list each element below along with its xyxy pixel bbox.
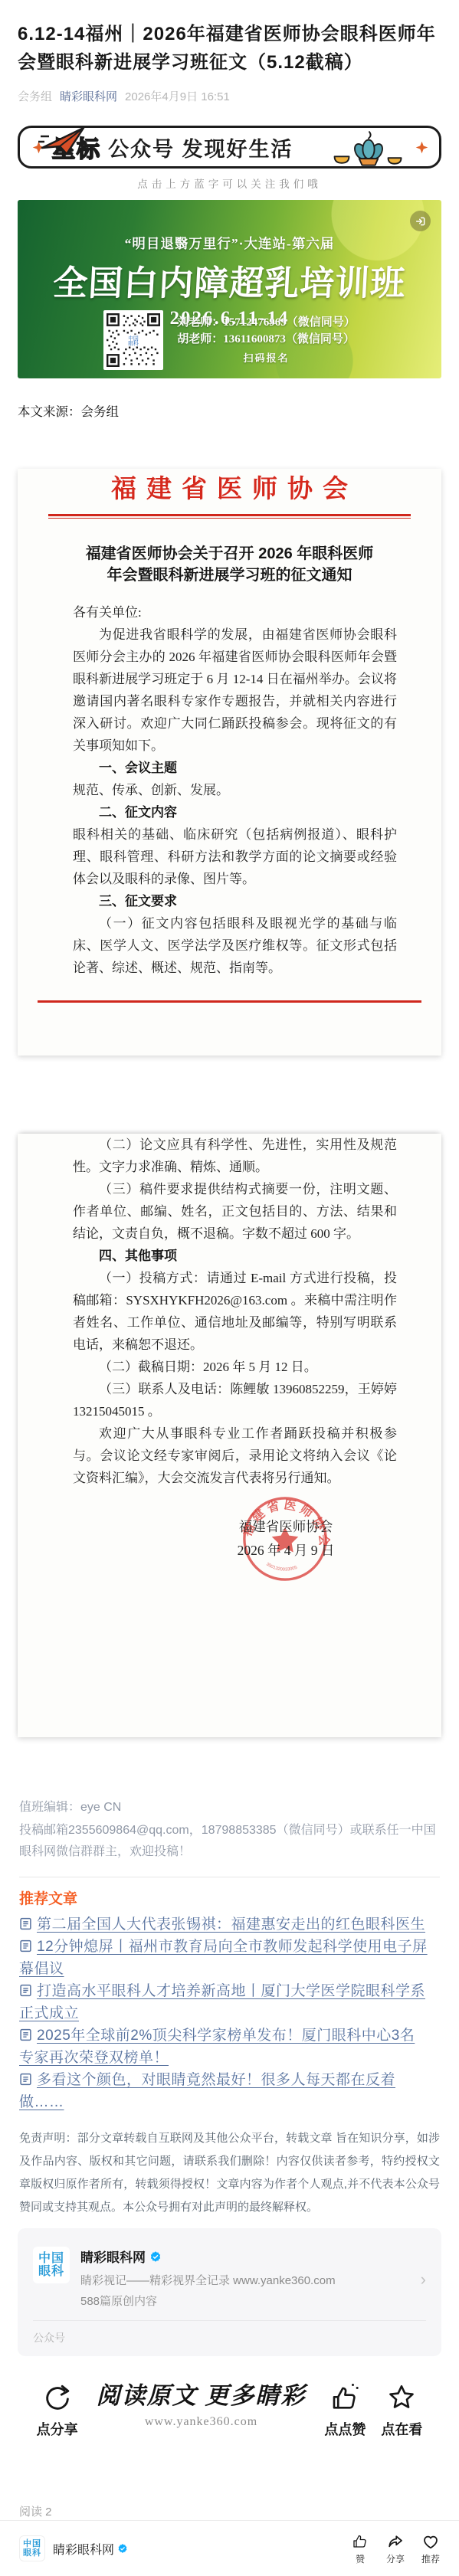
signature-org: 福建省医师协会 [171,1515,401,1539]
article-title: 6.12-14福州｜2026年福建省医师协会眼科医师年会暨眼科新进展学习班征文（… [18,20,441,77]
share-loop-icon [41,2382,74,2414]
course-ad-banner[interactable]: “明目退翳万里行”·大连站-第六届 全国白内障超乳培训班 2026.6.11-1… [18,200,441,378]
notice-heading-3: 三、征文要求 [73,890,397,912]
recommend-heading: 推荐文章 [19,1887,440,1908]
notice-paragraph: （一）投稿方式：请通过 E-mail 方式进行投稿，投稿邮箱：SYSXHYKFH… [73,1267,397,1356]
qr-center-text: 中国 [128,335,139,342]
recommended-article-link[interactable]: 2025年全球前2%顶尖科学家榜单发布！厦门眼科中心3名专家再次荣登双榜单！ [19,2028,415,2066]
read-count: 阅读 2 [19,2503,440,2519]
follow-banner-headline: 公众号 发现好生活 [108,133,293,162]
notice-paragraph: 眼科相关的基础、临床研究（包括病例报道）、眼科护理、眼科管理、科研方法和教学方面… [73,823,397,890]
course-contact-row: 中国 眼科 刘老师：15712476969（微信同号） 胡老师：13611600… [18,310,441,370]
like-cta[interactable]: 点点赞 [324,2376,366,2439]
footer-account-name-text: 睛彩眼科网 [53,2540,114,2558]
seal-serial: 3501320033005 [265,1562,298,1572]
contact-line-1: 刘老师：15712476969（微信同号） [177,314,356,331]
share-arrow-icon [386,2532,405,2551]
lotus-tea-icon [329,126,408,168]
list-item: 2025年全球前2%顶尖科学家榜单发布！厦门眼科中心3名专家再次荣登双榜单！ [19,2024,429,2069]
notice-heading-2: 二、征文内容 [73,801,397,823]
editor-on-duty: 值班编辑：eye CN [19,1797,440,1815]
signature-block: 福建省医师协会 3501320033005 福建省医师协会 2026 年 4 月… [18,1494,441,1616]
footer-account-name[interactable]: 睛彩眼科网 [53,2540,128,2558]
notice-body-1: 各有关单位: 为促进我省眼科学的发展，由福建省医师协会眼科医师分会主办的 202… [73,601,397,979]
calligraphy-text: 阅读原文 更多睛彩 [97,2376,307,2411]
recommend-button-label: 推荐 [421,2552,440,2565]
share-cta-label: 点分享 [37,2419,78,2439]
svg-text:3501320033005: 3501320033005 [265,1562,298,1572]
submission-info: 投稿邮箱2355609864@qq.com，18798853385（微信同号）或… [19,1820,440,1863]
recommended-article-link[interactable]: 第二届全国人大代表张锡祺：福建惠安走出的红色眼科医生 [37,1916,425,1933]
logo-text-line1: 中国 [38,2252,64,2265]
notice-paragraph: 规范、传承、创新、发展。 [73,779,397,801]
letterhead-rule [48,514,411,519]
list-item: 第二届全国人大代表张锡祺：福建惠安走出的红色眼科医生 [19,1913,429,1936]
notice-paragraph: （二）截稿日期：2026 年 5 月 12 日。 [73,1356,397,1378]
disclaimer-text: 免责声明：部分文章转载自互联网及其他公众平台，转载文章 旨在知识分享，如涉及作品… [19,2127,440,2219]
share-button[interactable]: 分享 [386,2532,405,2565]
contact-line-2: 胡老师：13611600873（微信同号） [177,331,356,348]
salutation: 各有关单位: [73,601,397,624]
thumb-up-icon [351,2532,369,2551]
article-doc-icon [19,2073,32,2086]
publish-datetime: 2026年4月9日 16:51 [125,88,230,104]
notice-intro: 为促进我省眼科学的发展，由福建省医师协会眼科医师分会主办的 2026 年福建省医… [73,624,397,757]
article-doc-icon [19,1939,32,1952]
list-item: 多看这个颜色，对眼睛竟然最好！很多人每天都在反着做…… [19,2069,429,2113]
author-label: 会务组 [18,88,52,104]
account-type-label: 公众号 [33,2321,426,2356]
star-icon [385,2382,418,2414]
notice-paragraph: （一）征文内容包括眼科及眼视光学的基础与临床、医学人文、医学法学及医疗维权等。征… [73,912,397,979]
course-title: 全国白内障超乳培训班 [18,255,441,305]
verified-badge-icon [149,2250,162,2263]
notice-body-2: （二）论文应具有科学性、先进性，实用性及规范性。文字力求准确、精炼、通顺。 （三… [73,1134,397,1489]
jump-link-icon[interactable] [410,211,431,231]
logo-text-line1: 中国 [23,2539,41,2548]
like-button[interactable]: 赞 [351,2532,369,2565]
qr-center-text: 眼科 [128,340,139,347]
notice-scan-page-1: 福建省医师协会 福建省医师协会关于召开 2026 年眼科医师 年会暨眼科新进展学… [18,469,441,1056]
list-item: 12分钟熄屏丨福州市教育局向全市教师发起科学使用电子屏幕倡议 [19,1936,429,1980]
website-url: www.yanke360.com [97,2415,307,2429]
recommend-list: 第二届全国人大代表张锡祺：福建惠安走出的红色眼科医生 12分钟熄屏丨福州市教育局… [19,1913,440,2113]
notice-heading-1: 一、会议主题 [73,757,397,779]
course-tagline: “明目退翳万里行”·大连站-第六届 [18,200,441,253]
paper-plane-icon [38,124,88,158]
notice-scan-page-2: （二）论文应具有科学性、先进性，实用性及规范性。文字力求准确、精炼、通顺。 （三… [18,1134,441,1737]
list-item: 打造高水平眼科人才培养新高地丨厦门大学医学院眼科学系正式成立 [19,1980,429,2024]
account-description: 睛彩视记——精彩视界全记录 www.yanke360.com [80,2272,336,2288]
notice-title-line1: 福建省医师协会关于召开 2026 年眼科医师 [48,543,411,565]
article-doc-icon [19,1917,32,1930]
recommended-article-link[interactable]: 多看这个颜色，对眼睛竟然最好！很多人每天都在反着做…… [19,2072,395,2110]
notice-heading-4: 四、其他事项 [73,1245,397,1267]
share-cta[interactable]: 点分享 [37,2376,78,2439]
account-card[interactable]: 中国 眼科 睛彩眼科网 睛彩视记——精彩视界全记录 www.yanke360.c… [18,2228,441,2356]
like-cta-label: 点点赞 [324,2419,366,2439]
account-name-link[interactable]: 睛彩眼科网 [60,88,117,104]
notice-paragraph: （三）联系人及电话：陈鲤敏 13960852259，王婷婷 1321504501… [73,1378,397,1422]
notice-paragraph: （三）稿件要求提供结构式摘要一份，注明文题、作者单位、邮编、姓名，正文包括目的、… [73,1178,397,1245]
notice-title-line2: 年会暨眼科新进展学习班的征文通知 [48,565,411,586]
recommend-button[interactable]: 推荐 [421,2532,440,2565]
wow-cta-label: 点在看 [381,2419,422,2439]
wow-cta[interactable]: 点在看 [381,2376,422,2439]
logo-text-line2: 眼科 [23,2548,41,2558]
signature-date: 2026 年 4 月 9 日 [171,1539,401,1563]
recommended-article-link[interactable]: 打造高水平眼科人才培养新高地丨厦门大学医学院眼科学系正式成立 [19,1983,425,2021]
course-contacts: 刘老师：15712476969（微信同号） 胡老师：13611600873（微信… [177,314,356,367]
section-divider [19,1877,440,1877]
verified-badge-icon [117,2543,128,2554]
qr-caption: 扫码报名 [177,350,356,367]
source-line: 本文来源：会务组 [18,401,441,420]
chevron-right-icon[interactable]: › [415,2271,426,2288]
page-footer-rule [38,1000,421,1003]
share-button-label: 分享 [386,2552,405,2565]
notice-title: 福建省医师协会关于召开 2026 年眼科医师 年会暨眼科新进展学习班的征文通知 [48,543,411,586]
bottom-action-bar: 中国 眼科 睛彩眼科网 赞 分享 [0,2520,459,2576]
account-card-name: 睛彩眼科网 [80,2247,146,2266]
account-original-count: 588篇原创内容 [80,2293,426,2309]
cta-banner: 点分享 阅读原文 更多睛彩 www.yanke360.com 点点赞 点在看 [18,2376,441,2439]
letterhead-title: 福建省医师协会 [25,469,434,505]
account-logo[interactable]: 中国 眼科 [19,2535,45,2561]
sparkle-icon [415,141,428,154]
heart-icon [421,2532,440,2551]
article-doc-icon [19,2028,32,2041]
notice-paragraph: （二）论文应具有科学性、先进性，实用性及规范性。文字力求准确、精炼、通顺。 [73,1134,397,1178]
follow-hint-text: 点击上方蓝字可以关注我们哦 [18,175,441,191]
recommended-article-link[interactable]: 12分钟熄屏丨福州市教育局向全市教师发起科学使用电子屏幕倡议 [19,1939,428,1977]
editor-info: 值班编辑：eye CN 投稿邮箱2355609864@qq.com，187988… [19,1797,440,1863]
like-button-label: 赞 [356,2552,365,2565]
qr-code: 中国 眼科 [103,310,163,370]
signature-text: 福建省医师协会 2026 年 4 月 9 日 [171,1515,401,1563]
notice-paragraph: 欢迎广大从事眼科专业工作者踊跃投稿并积极参与。会议论文经专家审阅后，录用论文将纳… [73,1422,397,1489]
read-original-banner[interactable]: 阅读原文 更多睛彩 www.yanke360.com [93,2376,310,2429]
wechat-article-page: 6.12-14福州｜2026年福建省医师协会眼科医师年会暨眼科新进展学习班征文（… [0,0,459,2576]
byline: 会务组 睛彩眼科网 2026年4月9日 16:51 [18,88,441,104]
account-logo: 中国 眼科 [33,2247,70,2283]
article-doc-icon [19,1984,32,1997]
logo-text-line2: 眼科 [38,2265,64,2278]
follow-banner: 星标 公众号 发现好生活 点击上方蓝字可以关注我们哦 [18,126,441,191]
thumb-up-icon [329,2382,361,2414]
